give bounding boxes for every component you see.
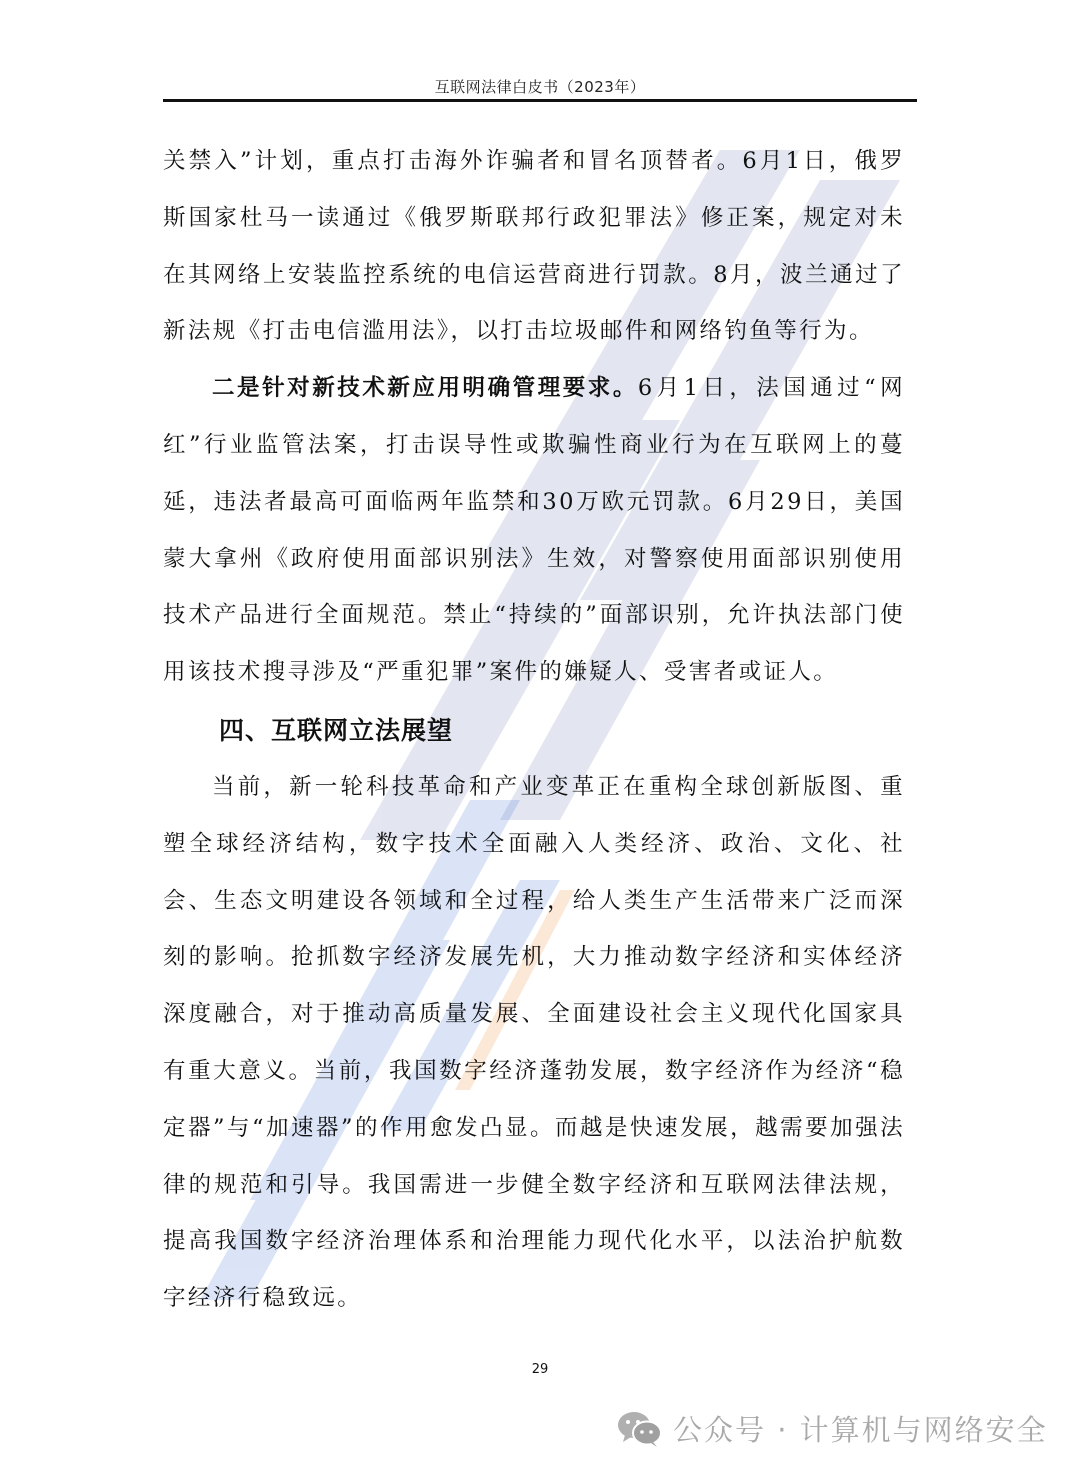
page-number: 29 xyxy=(0,1362,1080,1377)
wechat-account-tag: 公众号 · 计算机与网络安全 xyxy=(617,1408,1048,1449)
paragraph-lead-bold: 二是针对新技术新应用明确管理要求。 xyxy=(212,375,638,401)
paragraph-outlook: 当前，新一轮科技革命和产业变革正在重构全球创新版图、重塑全球经济结构，数字技术全… xyxy=(163,759,905,1327)
document-header-title: 互联网法律白皮书（2023年） xyxy=(0,76,1080,97)
paragraph-new-tech-regulation: 二是针对新技术新应用明确管理要求。6月1日，法国通过“网红”行业监管法案，打击误… xyxy=(163,360,905,701)
wechat-icon xyxy=(617,1410,663,1448)
header-divider xyxy=(163,99,917,102)
wechat-account-label: 公众号 · 计算机与网络安全 xyxy=(673,1408,1048,1449)
paragraph-international-enforcement: 关禁入”计划，重点打击海外诈骗者和冒名顶替者。6月1日，俄罗斯国家杜马一读通过《… xyxy=(163,133,905,360)
section-heading-legislative-outlook: 四、互联网立法展望 xyxy=(163,703,905,759)
paragraph-body: 6月1日，法国通过“网红”行业监管法案，打击误导性或欺骗性商业行为在互联网上的蔓… xyxy=(163,375,905,685)
page-body: 关禁入”计划，重点打击海外诈骗者和冒名顶替者。6月1日，俄罗斯国家杜马一读通过《… xyxy=(163,133,905,1327)
